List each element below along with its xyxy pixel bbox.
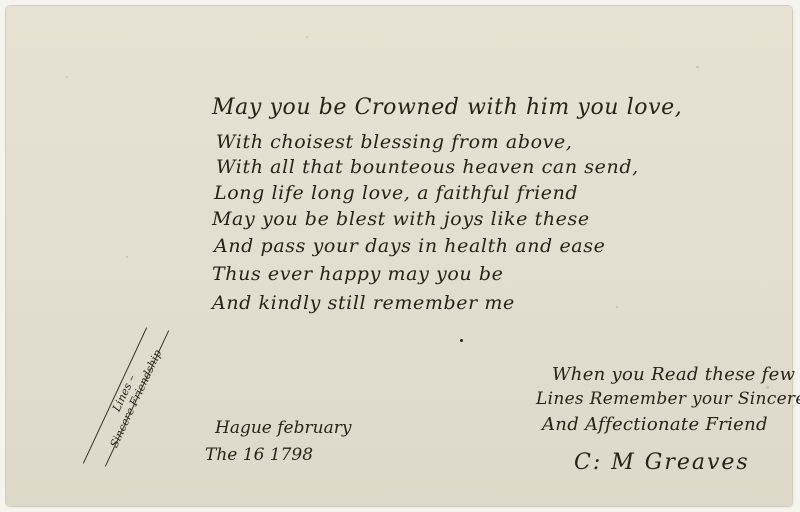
poem-line: May you be blest with joys like these	[212, 208, 590, 230]
paper-speck	[126, 256, 128, 258]
signature-name: C: M Greaves	[574, 450, 750, 475]
signature-line: When you Read these few	[552, 364, 795, 385]
poem-line: And pass your days in health and ease	[214, 235, 605, 257]
signature-line: And Affectionate Friend	[542, 414, 768, 435]
dateline-place: Hague february	[215, 418, 351, 438]
poem-line: With choisest blessing from above,	[216, 131, 572, 153]
poem-line: May you be Crowned with him you love,	[212, 95, 682, 120]
poem-line: And kindly still remember me	[212, 292, 515, 314]
poem-line: With all that bounteous heaven can send,	[216, 156, 639, 178]
paper-speck	[306, 36, 308, 38]
poem-line: Thus ever happy may you be	[212, 263, 504, 285]
paper-speck	[616, 306, 618, 308]
paper-speck	[66, 76, 68, 78]
signature-line: Lines Remember your Sincere	[536, 389, 800, 409]
dateline-date: The 16 1798	[205, 445, 313, 465]
paper-speck	[696, 66, 699, 68]
ink-dot	[460, 339, 463, 342]
poem-line: Long life long love, a faithful friend	[214, 182, 578, 204]
